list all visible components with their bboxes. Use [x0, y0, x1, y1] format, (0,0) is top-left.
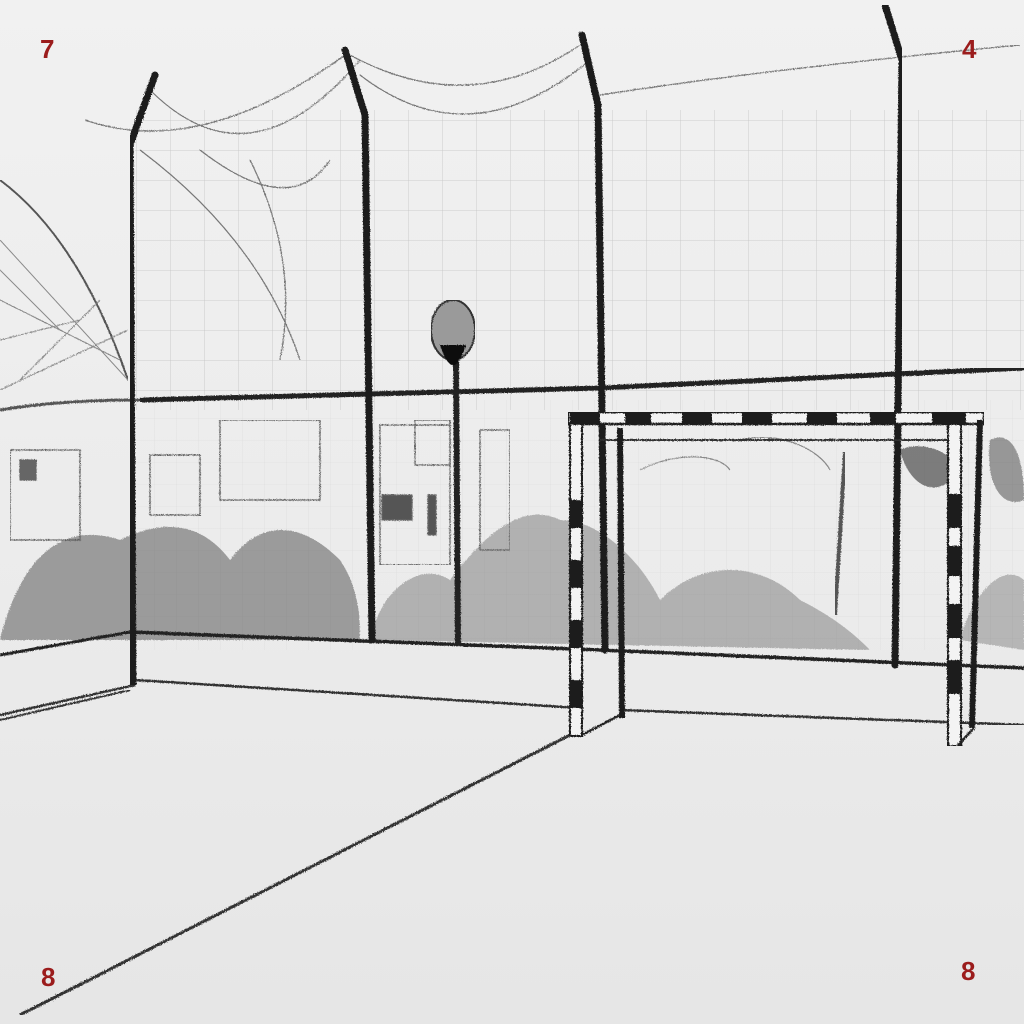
- corner-number-top-left: 7: [40, 36, 54, 62]
- court-lines: [0, 690, 570, 1015]
- court-sketch: [0, 0, 1024, 1024]
- corner-number-top-right: 4: [962, 36, 976, 62]
- corner-number-bottom-right: 8: [961, 958, 975, 984]
- sketch-canvas: 7 4 8 8: [0, 0, 1024, 1024]
- dome-netting: [0, 180, 128, 390]
- corner-number-bottom-left: 8: [41, 964, 55, 990]
